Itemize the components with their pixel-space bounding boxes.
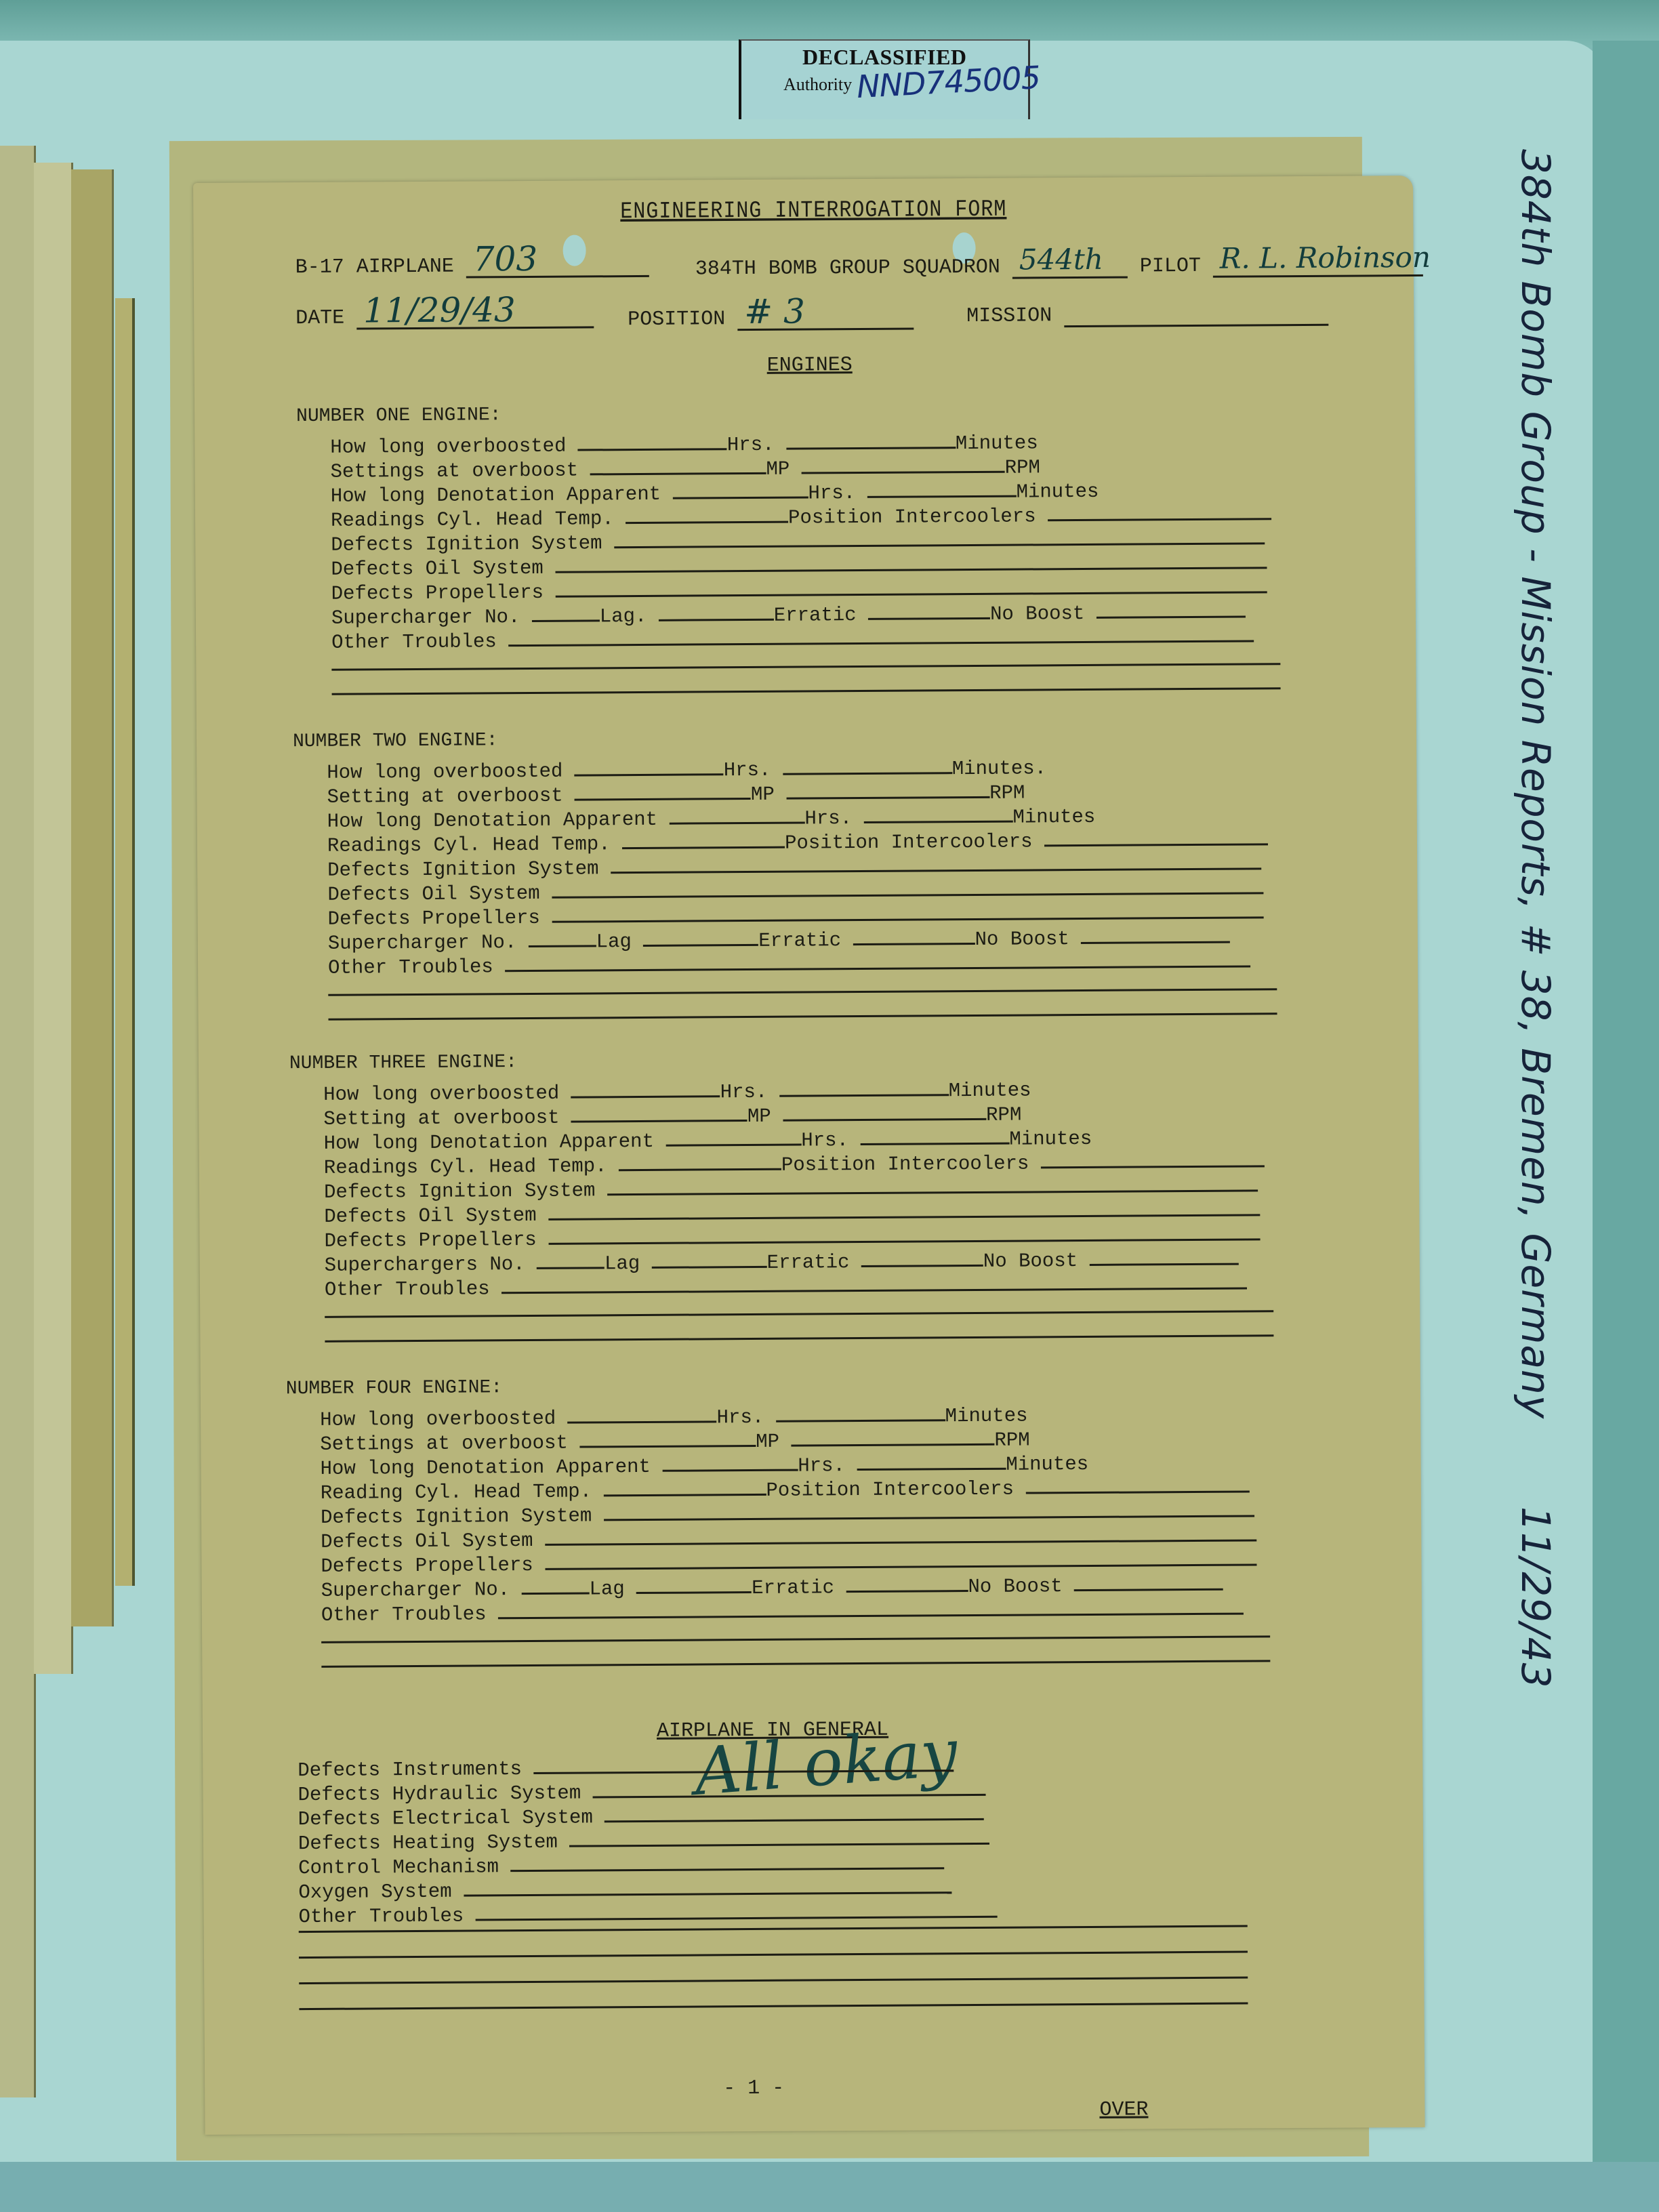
field-label: Other Troubles — [331, 630, 497, 653]
header-group: 384TH BOMB GROUP SQUADRON 544th PILOT R.… — [695, 241, 1423, 281]
form-title: ENGINEERING INTERROGATION FORM — [620, 197, 1006, 226]
engine-heading: NUMBER THREE ENGINE: — [289, 1052, 517, 1074]
mp-field[interactable] — [579, 1426, 756, 1448]
form-row: Other Troubles — [331, 621, 1254, 651]
general-row: Control Mechanism — [298, 1848, 944, 1877]
propellers-field[interactable] — [555, 572, 1267, 597]
blank-line[interactable] — [325, 1310, 1273, 1318]
form-row: Other Troubles — [321, 1594, 1244, 1624]
blank-line[interactable] — [299, 1977, 1248, 1985]
blank-line[interactable] — [299, 2003, 1248, 2011]
general-row: Defects Instruments — [298, 1750, 954, 1779]
general-item-field[interactable] — [476, 1897, 998, 1921]
lag-field[interactable] — [659, 600, 774, 621]
blank-line[interactable] — [321, 1635, 1270, 1643]
other-troubles-field[interactable] — [508, 621, 1254, 647]
minutes-field[interactable] — [863, 802, 1012, 823]
hours-field[interactable] — [672, 477, 808, 499]
minutes-field[interactable] — [867, 476, 1016, 498]
oil-field[interactable] — [552, 873, 1263, 898]
lag-field[interactable] — [643, 925, 758, 947]
other-troubles-field[interactable] — [498, 1594, 1244, 1620]
general-row: Other Troubles — [298, 1897, 997, 1925]
folder-handwritten-note: 384th Bomb Group - Mission Reports, # 38… — [1513, 149, 1559, 1640]
general-item-field[interactable] — [605, 1799, 984, 1822]
engine-heading: NUMBER TWO ENGINE: — [293, 730, 498, 752]
field-label: Other Troubles — [321, 1603, 487, 1626]
intercoolers-field[interactable] — [1025, 1472, 1249, 1494]
engineering-interrogation-form: ENGINEERING INTERROGATION FORM B-17 AIRP… — [193, 176, 1425, 2135]
propellers-field[interactable] — [548, 1219, 1260, 1244]
erratic-field[interactable] — [846, 1571, 968, 1593]
blank-line[interactable] — [325, 1334, 1273, 1343]
supercharger-no-field[interactable] — [537, 1248, 605, 1269]
general-item-field[interactable] — [533, 1750, 954, 1774]
ignition-field[interactable] — [604, 1496, 1254, 1521]
rpm-field[interactable] — [786, 777, 989, 800]
propellers-field[interactable] — [552, 897, 1263, 922]
authority-label: Authority — [783, 75, 852, 95]
propellers-field[interactable] — [545, 1544, 1256, 1570]
folder-edge — [1593, 41, 1659, 2212]
mp-field[interactable] — [575, 779, 751, 801]
cyl-temp-field[interactable] — [619, 1149, 781, 1171]
declassified-label: DECLASSIFIED Authority NND745005 — [739, 39, 1030, 119]
hours-field[interactable] — [665, 1125, 801, 1147]
erratic-field[interactable] — [868, 598, 990, 620]
form-row: Other Troubles — [325, 1269, 1247, 1298]
page-number: - 1 - — [723, 2077, 784, 2101]
minutes-field[interactable] — [857, 1449, 1006, 1471]
lag-field[interactable] — [651, 1247, 766, 1269]
hours-field[interactable] — [578, 429, 727, 451]
cyl-temp-field[interactable] — [622, 827, 785, 849]
table-surface — [0, 2162, 1659, 2212]
pilot-label: PILOT — [1140, 255, 1201, 279]
over-label: OVER — [1099, 2098, 1148, 2121]
general-item-label: Other Troubles — [299, 1905, 464, 1928]
mp-field[interactable] — [590, 453, 766, 476]
other-troubles-field[interactable] — [505, 946, 1250, 972]
squadron-field[interactable]: 544th — [1012, 243, 1128, 279]
intercoolers-field[interactable] — [1044, 824, 1268, 846]
airplane-field[interactable]: 703 — [466, 241, 649, 279]
noboost-field[interactable] — [1097, 597, 1246, 619]
blank-line[interactable] — [299, 1951, 1248, 1959]
engine-heading: NUMBER FOUR ENGINE: — [286, 1377, 502, 1399]
header-mission: MISSION — [966, 297, 1328, 328]
blank-line[interactable] — [321, 1660, 1270, 1668]
noboost-field[interactable] — [1089, 1244, 1238, 1266]
noboost-field[interactable] — [1074, 1570, 1223, 1591]
form-row: Other Troubles — [328, 946, 1250, 976]
form-row: Setting at overboost MP RPM — [327, 777, 1025, 806]
engines-section-title: ENGINES — [767, 354, 853, 377]
other-troubles-field[interactable] — [501, 1269, 1247, 1294]
erratic-field[interactable] — [853, 924, 975, 945]
folder-note-text: 384th Bomb Group - Mission Reports, # 38… — [1513, 149, 1559, 1419]
hours-field[interactable] — [575, 754, 724, 776]
intercoolers-field[interactable] — [1041, 1146, 1265, 1168]
ignition-field[interactable] — [614, 523, 1265, 548]
hours-field[interactable] — [662, 1450, 798, 1472]
lag-field[interactable] — [636, 1572, 752, 1594]
noboost-field[interactable] — [1081, 922, 1230, 944]
hours-field[interactable] — [571, 1076, 720, 1098]
paper-stack-left — [71, 169, 114, 1626]
ignition-field[interactable] — [607, 1170, 1258, 1195]
cyl-temp-field[interactable] — [603, 1475, 766, 1496]
engine-heading: NUMBER ONE ENGINE: — [296, 405, 501, 427]
header-position: POSITION # 3 — [628, 294, 914, 332]
general-item-field[interactable] — [464, 1872, 951, 1896]
position-field[interactable]: # 3 — [737, 294, 914, 331]
pilot-field[interactable]: R. L. Robinson — [1213, 241, 1423, 278]
group-label: 384TH BOMB GROUP SQUADRON — [695, 256, 1000, 281]
oil-field[interactable] — [548, 1195, 1260, 1220]
field-label: Other Troubles — [328, 956, 493, 979]
minutes-field[interactable] — [783, 753, 952, 775]
field-label: Other Troubles — [325, 1277, 490, 1300]
oil-field[interactable] — [555, 548, 1267, 573]
airplane-label: B-17 AIRPLANE — [295, 255, 454, 279]
mp-field[interactable] — [571, 1101, 747, 1123]
supercharger-no-field[interactable] — [529, 926, 596, 947]
paper-stack-left — [34, 163, 73, 1674]
hours-field[interactable] — [669, 803, 804, 825]
minutes-field[interactable] — [775, 1400, 945, 1422]
general-row: Defects Heating System — [298, 1824, 989, 1852]
general-row: Defects Hydraulic System — [298, 1775, 985, 1803]
engine-block-4: NUMBER FOUR ENGINE:How long overboosted … — [184, 1372, 1404, 1379]
date-field[interactable]: 11/29/43 — [356, 292, 594, 329]
header-row-1: B-17 AIRPLANE 703 — [295, 241, 649, 279]
general-item-field[interactable] — [569, 1824, 989, 1847]
supercharger-no-field[interactable] — [532, 600, 600, 622]
date-label: DATE — [295, 307, 344, 330]
blank-line[interactable] — [332, 687, 1281, 695]
rpm-field[interactable] — [783, 1099, 986, 1122]
engine-block-2: NUMBER TWO ENGINE:How long overboosted H… — [191, 724, 1411, 732]
general-row: Defects Electrical System — [298, 1799, 985, 1828]
mission-label: MISSION — [966, 304, 1052, 328]
general-item-field[interactable] — [510, 1848, 944, 1872]
minutes-field[interactable] — [860, 1124, 1009, 1145]
rpm-field[interactable] — [791, 1425, 994, 1447]
position-label: POSITION — [628, 308, 725, 331]
blank-line[interactable] — [329, 1012, 1277, 1021]
general-row: Oxygen System — [298, 1872, 951, 1901]
intercoolers-field[interactable] — [1048, 499, 1271, 521]
ignition-field[interactable] — [611, 848, 1261, 874]
paper-stack-left — [115, 298, 135, 1586]
paper-stack-left — [0, 146, 36, 2097]
mission-field[interactable] — [1064, 297, 1328, 327]
folder-note-date: 11/29/43 — [1513, 1507, 1559, 1689]
engine-block-1: NUMBER ONE ENGINE:How long overboosted H… — [194, 399, 1414, 407]
blank-line[interactable] — [331, 663, 1280, 671]
erratic-field[interactable] — [861, 1246, 983, 1267]
cyl-temp-field[interactable] — [626, 502, 788, 524]
rpm-field[interactable] — [802, 452, 1005, 474]
blank-line[interactable] — [328, 988, 1277, 996]
supercharger-no-field[interactable] — [521, 1573, 589, 1595]
oil-field[interactable] — [545, 1520, 1256, 1545]
header-row-2: DATE 11/29/43 — [295, 292, 594, 330]
minutes-field[interactable] — [779, 1075, 949, 1097]
hours-field[interactable] — [567, 1401, 716, 1423]
minutes-field[interactable] — [786, 428, 956, 450]
engine-block-3: NUMBER THREE ENGINE:How long overboosted… — [188, 1046, 1408, 1054]
general-item-field[interactable] — [592, 1775, 985, 1799]
